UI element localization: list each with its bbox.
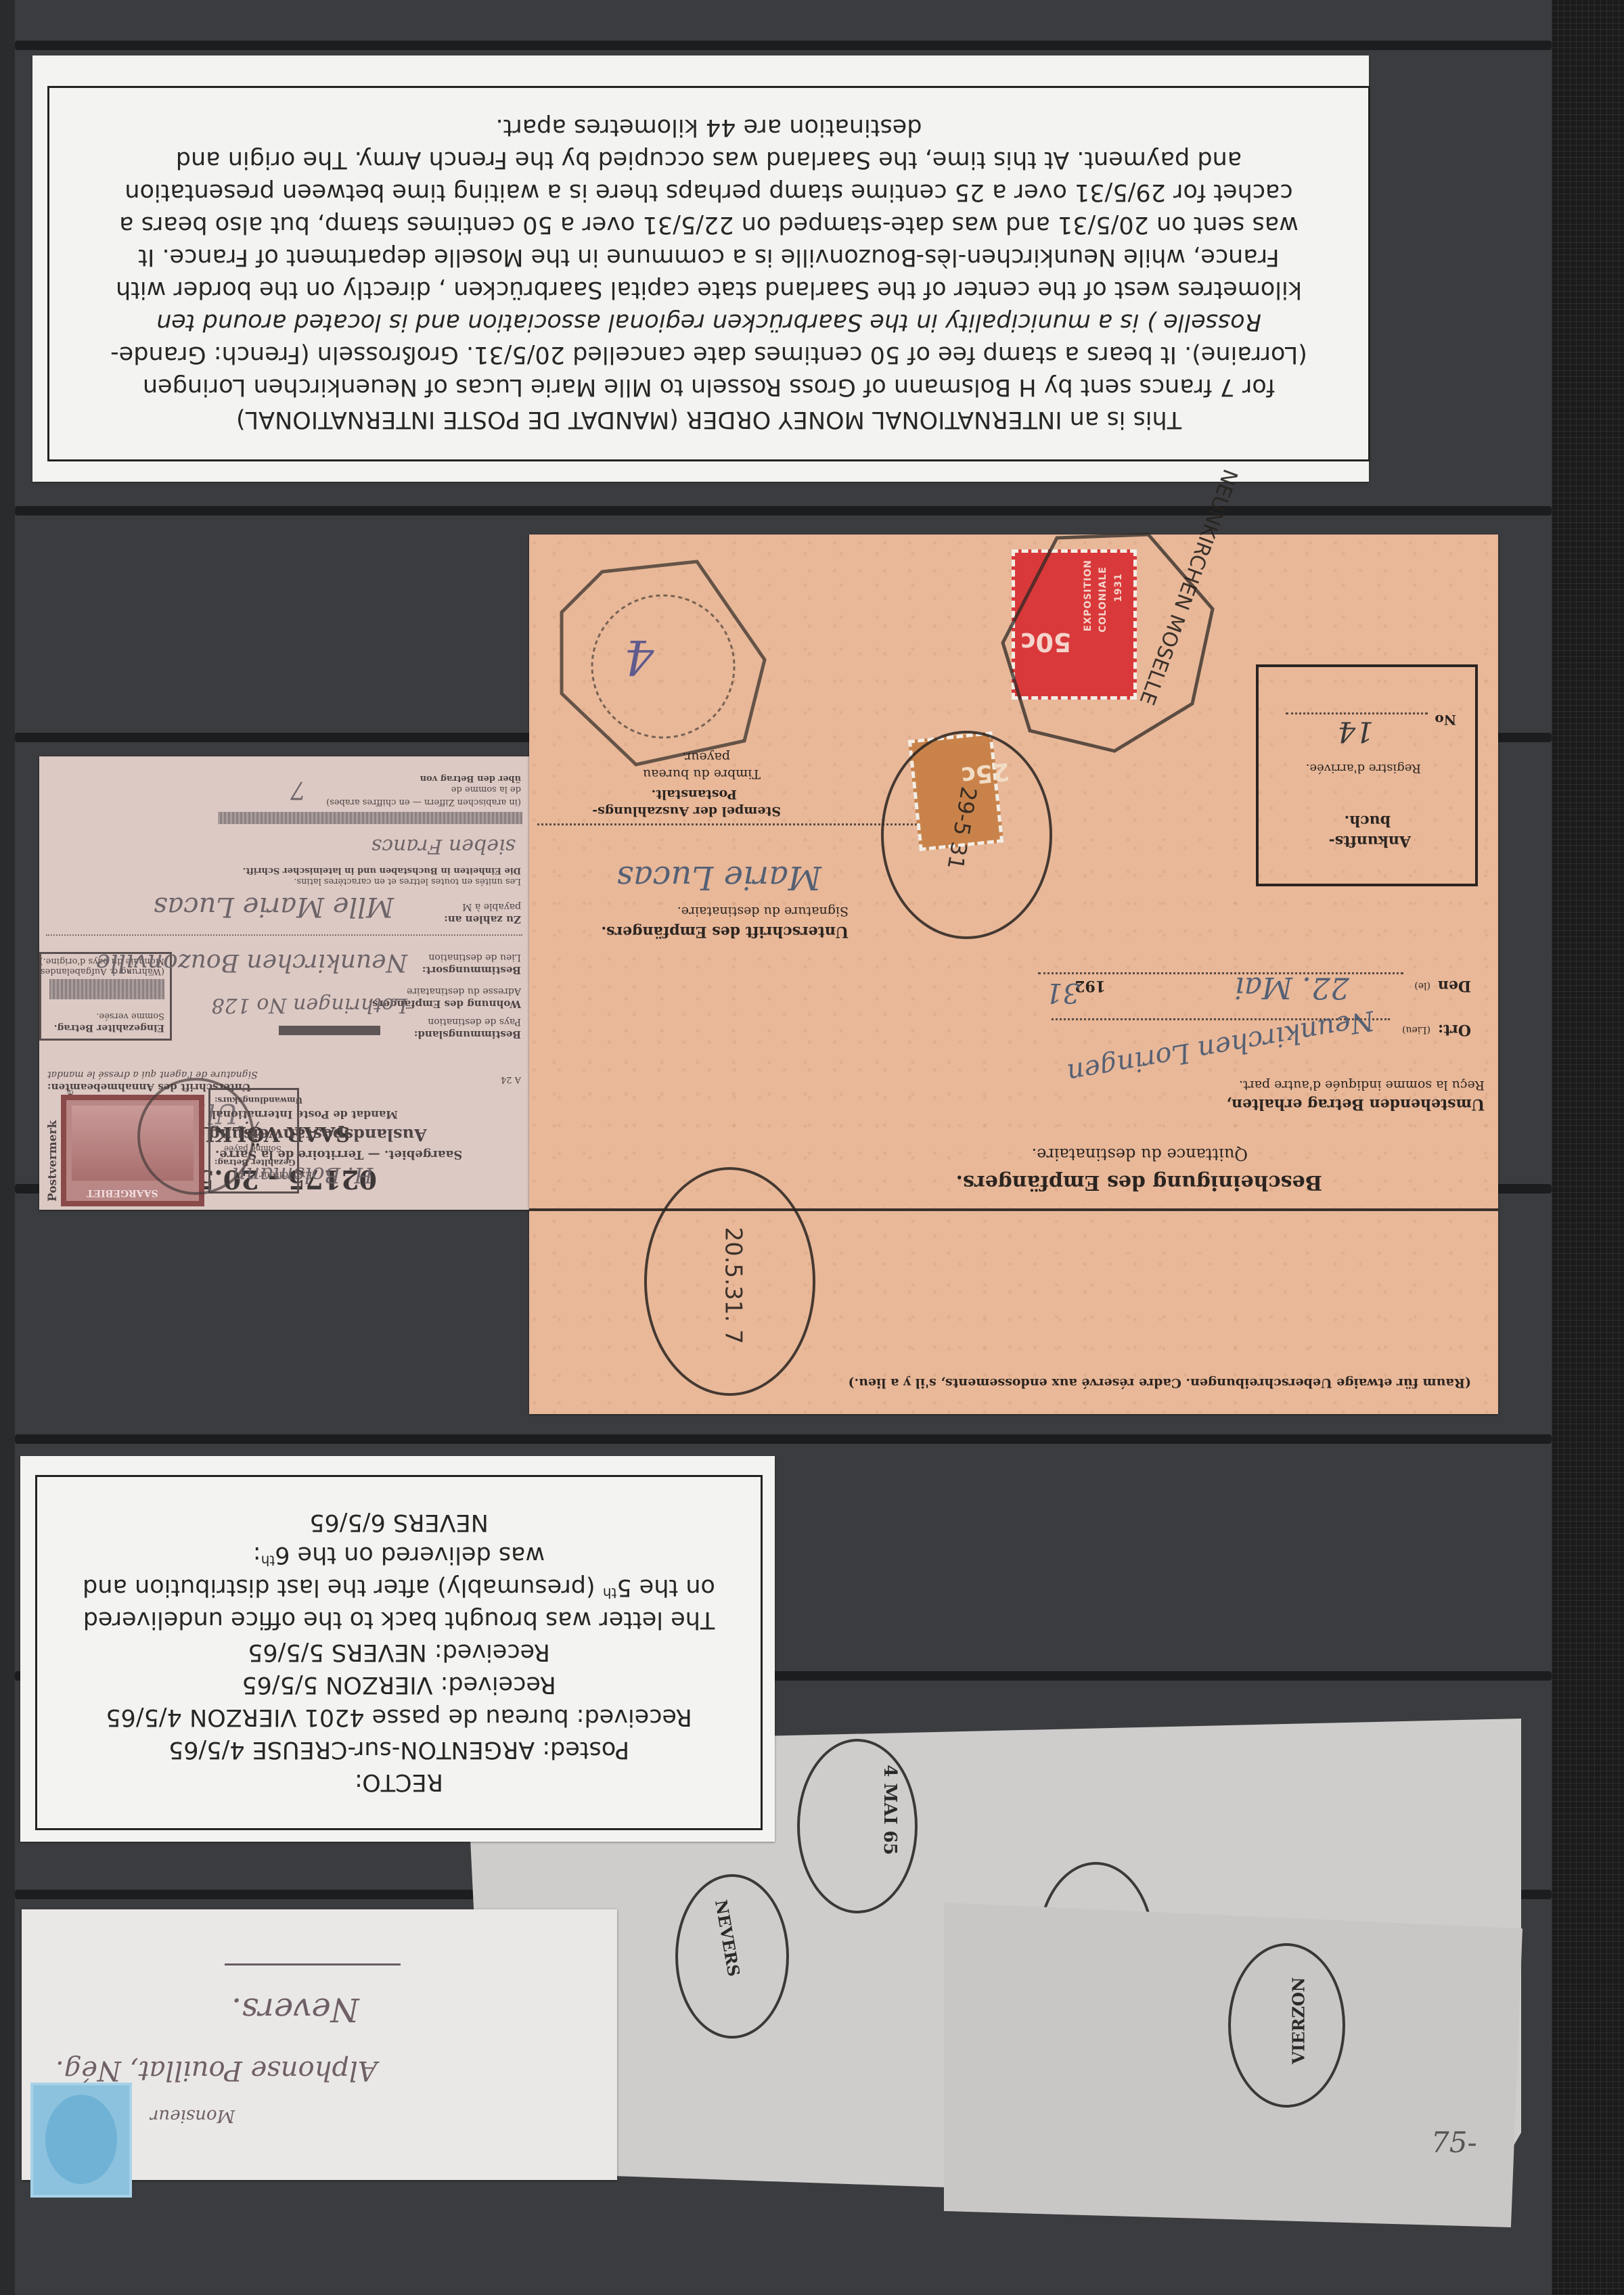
note-line: Rosselle ) is a municipality in the Saar… [156, 306, 1261, 339]
letter-fold: VIERZON 75- [944, 1903, 1522, 2227]
volklingen-postmark [137, 1078, 254, 1195]
money-order-coupon: Postvermerk indications de service Aufga… [39, 756, 529, 1210]
destination-place-label-fr: Lieu de destination [428, 952, 521, 963]
signature-label-fr: Signature du destinataire. [677, 904, 849, 919]
album-strip [15, 41, 1552, 50]
arrival-title-fr: Registre d'arrivée. [1306, 761, 1421, 775]
arrival-line [1286, 712, 1428, 714]
amount-words: sieben Francs [371, 834, 516, 858]
latin-note: Die Einheiten in Buchstaben und in latei… [243, 865, 521, 876]
stamp-text: SAARGEBIET [87, 1187, 158, 1198]
amount-digits-note: (in arabischen Ziffern — en chiffres ara… [326, 797, 521, 807]
latin-note-fr: Les unités en toutes lettres et en carac… [294, 876, 521, 886]
pencil-note: 75- [1431, 2126, 1477, 2159]
note-line: The letter was brought back to the offic… [83, 1604, 715, 1637]
place-label-fr: (Lieu) [1402, 1024, 1430, 1035]
note-line: was sent on 20/5/31 and was date-stamped… [119, 209, 1299, 242]
agent-signature-label-fr: Signature de l'agent qui a dressé le man… [47, 1069, 258, 1080]
place-value: Neunkirchen Loringen [1064, 1004, 1376, 1089]
note-line: NEVERS 6/5/65 [309, 1507, 489, 1539]
address-name: Alphonse Pouillat, Nég. [55, 2055, 378, 2086]
received-de: Umstehenden Betrag erhalten, [1226, 1095, 1485, 1113]
address-value: Lothringen No 128 [211, 993, 407, 1017]
note-line: and payment. At this time, the Saarland … [176, 144, 1242, 177]
description-note-money-order: This is an INTERNATIONAL MONEY ORDER (MA… [32, 55, 1369, 482]
address-label-fr: Adresse du destinataire [407, 986, 521, 997]
destination-place-value: Neunkirchen Bouzonville [96, 949, 407, 976]
hexagonal-cancellation [548, 558, 778, 775]
note-line: This is an INTERNATIONAL MONEY ORDER (MA… [236, 404, 1181, 436]
payment-stamp-label-de: Stempel der Auszahlungs- [592, 804, 781, 819]
payee-label: Zu zahlen an: [444, 913, 521, 926]
note-line: on the 5th (presumably) after the last d… [83, 1572, 715, 1604]
paid-box-label-fr: Somme versée. [96, 1011, 164, 1021]
handwritten-mark: 4 [624, 629, 654, 685]
napoleon-blue-stamp [30, 2083, 132, 2198]
signature-line [537, 823, 937, 825]
destination-country-label: Bestimmungsland: [414, 1028, 521, 1041]
album-binding [1552, 0, 1624, 2295]
album-strip [15, 1434, 1552, 1444]
postmark-text: 4 MAI 65 [880, 1765, 900, 1855]
note-line: RECTO: [355, 1767, 443, 1799]
arrival-no-value: 14 [1338, 715, 1374, 748]
payment-stamp-label-de2: Postanstalt. [652, 787, 737, 802]
redacted-amount [49, 979, 164, 999]
destination-country-label-fr: Pays de destination [428, 1016, 521, 1027]
date-value: 22. Mai [1235, 970, 1349, 1005]
amount-label-fr: de la somme de [451, 784, 521, 794]
note-line: Posted: ARGENTON-sur-CREUSE 4/5/65 [168, 1734, 629, 1767]
arrival-no-label: No [1435, 712, 1456, 728]
receipt-title-de: Bescheinigung des Empfängers. [956, 1171, 1322, 1194]
arrival-title-de2: buch. [1345, 812, 1391, 830]
amount-digits: 7 [290, 776, 306, 804]
endorsement-footer: (Raum für etwaige Ueberschreibungen. Cad… [849, 1376, 1471, 1390]
amount-label: über den Betrag von [420, 773, 521, 783]
description-note-letter: RECTO: Posted: ARGENTON-sur-CREUSE 4/5/6… [20, 1456, 775, 1842]
postmark-text: VIERZON [1289, 1977, 1309, 2064]
note-line: kilometres west of the center of the Saa… [116, 274, 1302, 306]
note-line: destination are 44 kilometres apart. [496, 112, 922, 144]
postmark-vierzon [1228, 1943, 1345, 2108]
note-line: Received: bureau de passe 4201 VIERZON 4… [106, 1702, 692, 1734]
redacted-country [279, 1026, 380, 1035]
receipt-title-fr: Quittance du destinataire. [1032, 1145, 1248, 1164]
address-title: Monsieur [150, 2106, 235, 2126]
note-line: Received: NEVERS 5/5/65 [248, 1637, 550, 1669]
corner-code: A 24 [501, 1074, 521, 1085]
destination-place-label: Bestimmungsort: [422, 964, 521, 976]
stamp-portrait [45, 2095, 117, 2184]
note-line: France, while Neunkirchen-lès-Bouzonvill… [138, 242, 1279, 274]
dotted-line [46, 934, 522, 936]
arrival-title-de: Ankunfts- [1329, 832, 1411, 850]
paid-box-label: Eingezahlter Betrag. [54, 1022, 164, 1033]
note-line: (Lorraine). It bears a stamp fee of 50 c… [110, 339, 1307, 371]
note-line: cachet for 29/5/31 over a 25 centime sta… [125, 177, 1292, 209]
recipient-signature: Marie Lucas [616, 859, 821, 896]
note-line: was delivered on the 6th: [253, 1539, 545, 1572]
album-strip [15, 506, 1552, 516]
received-fr: Reçu la somme indiquée d'autre part. [1239, 1078, 1485, 1093]
date-label: Den [1438, 977, 1471, 995]
note-line: Received: VIERZON 5/5/65 [242, 1669, 556, 1702]
address-city: Nevers. [231, 1991, 359, 2028]
payee-label-fr: payable à M [462, 901, 521, 912]
address-underline [225, 1963, 401, 1965]
signature-label-de: Unterschrift des Empfängers. [601, 923, 849, 940]
arrival-register-box: Ankunfts- buch. Registre d'arrivée. No 1… [1256, 664, 1478, 886]
page-edge [0, 0, 15, 2295]
postmark-date: 20.5.31. 7 [720, 1227, 747, 1344]
office-label: Postvermerk [46, 1120, 60, 1202]
place-label: Ort: [1438, 1021, 1471, 1039]
money-order-card: (Raum für etwaige Ueberschreibungen. Cad… [529, 535, 1498, 1414]
year-value: 31 [1045, 977, 1080, 1008]
note-line-text: Rosselle ) is a municipality in the Saar… [156, 309, 1261, 336]
payee-value: Mlle Marie Lucas [154, 891, 394, 922]
date-label-fr: (le) [1414, 980, 1430, 991]
note-line: for 7 francs sent by H Bolsmann of Gross… [143, 371, 1275, 404]
redacted-line [218, 812, 522, 824]
